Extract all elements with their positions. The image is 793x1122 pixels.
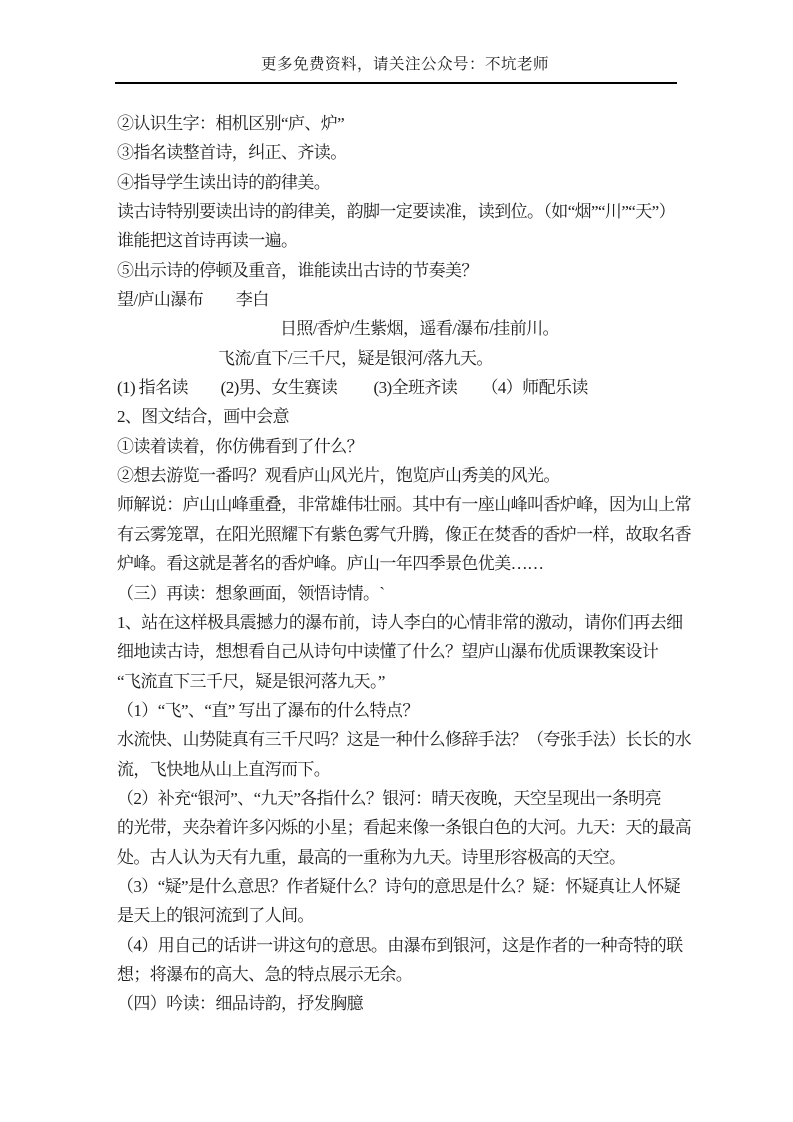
text-line: ①读着读着，你仿佛看到了什么？ xyxy=(117,432,693,461)
poem-line: 日照/香炉/生紫烟，遥看/瀑布/挂前川。 xyxy=(117,314,693,343)
text-line: 读古诗特别要读出诗的韵律美，韵脚一定要读准，读到位。（如“烟”“川”“天”） xyxy=(117,197,693,226)
text-line: （2）补充“银河”、“九天”各指什么？银河：晴天夜晚，天空呈现出一条明亮 xyxy=(117,784,693,813)
text-line: 流，飞快地从山上直泻而下。 xyxy=(117,755,693,784)
text-line: 炉峰。看这就是著名的香炉峰。庐山一年四季景色优美…… xyxy=(117,549,693,578)
text-line: ④指导学生读出诗的韵律美。 xyxy=(117,168,693,197)
page-header-text: 更多免费资料，请关注公众号：不坑老师 xyxy=(117,52,693,74)
text-line: ③指名读整首诗，纠正、齐读。 xyxy=(117,138,693,167)
text-line: “飞流直下三千尺，疑是银河落九天。” xyxy=(117,667,693,696)
text-line: （3）“疑”是什么意思？作者疑什么？诗句的意思是什么？疑：怀疑真让人怀疑 xyxy=(117,872,693,901)
text-line: （四）吟读：细品诗韵，抒发胸臆 xyxy=(117,989,693,1018)
text-line: （4）用自己的话讲一讲这句的意思。由瀑布到银河，这是作者的一种奇特的联 xyxy=(117,931,693,960)
poem-line: 飞流/直下/三千尺，疑是银河/落九天。 xyxy=(117,344,693,373)
text-line: 细地读古诗，想想看自己从诗句中读懂了什么？望庐山瀑布优质课教案设计 xyxy=(117,637,693,666)
poem-title-line: 望/庐山瀑布 李白 xyxy=(117,285,693,314)
header-divider xyxy=(115,82,677,84)
text-line: 处。古人认为天有九重，最高的一重称为九天。诗里形容极高的天空。 xyxy=(117,843,693,872)
text-line: 谁能把这首诗再读一遍。 xyxy=(117,226,693,255)
text-line: 想；将瀑布的高大、急的特点展示无余。 xyxy=(117,960,693,989)
text-line: 师解说：庐山山峰重叠，非常雄伟壮丽。其中有一座山峰叫香炉峰，因为山上常 xyxy=(117,490,693,519)
text-line: （1）“飞”、“直” 写出了瀑布的什么特点？ xyxy=(117,696,693,725)
document-page: 更多免费资料，请关注公众号：不坑老师 ②认识生字：相机区别“庐、炉” ③指名读整… xyxy=(117,0,693,1122)
text-line: 2、图文结合，画中会意 xyxy=(117,402,693,431)
text-line: ②认识生字：相机区别“庐、炉” xyxy=(117,109,693,138)
text-line: 水流快、山势陡真有三千尺吗？这是一种什么修辞手法？（夸张手法）长长的水 xyxy=(117,725,693,754)
text-line: 的光带，夹杂着许多闪烁的小星；看起来像一条银白色的大河。九天：天的最高 xyxy=(117,813,693,842)
text-line: （三）再读：想象画面，领悟诗情。` xyxy=(117,579,693,608)
text-line: 1、站在这样极具震撼力的瀑布前，诗人李白的心情非常的激动，请你们再去细 xyxy=(117,608,693,637)
document-body: ②认识生字：相机区别“庐、炉” ③指名读整首诗，纠正、齐读。 ④指导学生读出诗的… xyxy=(117,109,693,1019)
text-line: ⑤出示诗的停顿及重音，谁能读出古诗的节奏美？ xyxy=(117,256,693,285)
text-line: (1) 指名读 (2)男、女生赛读 (3)全班齐读 （4）师配乐读 xyxy=(117,373,693,402)
text-line: 是天上的银河流到了人间。 xyxy=(117,901,693,930)
text-line: 有云雾笼罩，在阳光照耀下有紫色雾气升腾，像正在焚香的香炉一样，故取名香 xyxy=(117,520,693,549)
text-line: ②想去游览一番吗？观看庐山风光片，饱览庐山秀美的风光。 xyxy=(117,461,693,490)
